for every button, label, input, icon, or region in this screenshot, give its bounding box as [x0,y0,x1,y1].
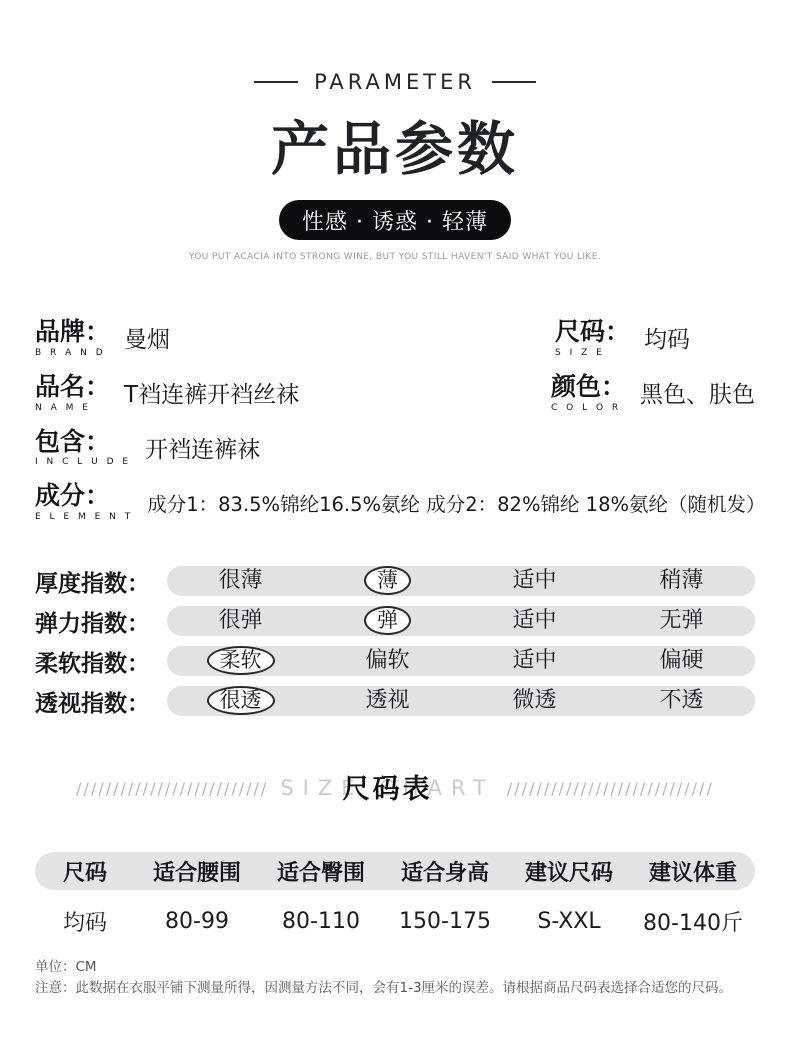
index-option: 适中 [461,566,608,596]
index-option: 无弹 [608,606,755,636]
element-sublabel: E L E M E N T [35,512,133,522]
header-eyebrow: PARAMETER [0,0,790,94]
field-include: 包含： I N C L U D E 开裆连裤袜 [35,428,260,468]
index-option: 微透 [461,686,608,716]
option-label: 偏硬 [659,646,703,676]
size-label: 尺码： [555,318,630,347]
td-size: 均码 [35,906,135,937]
td-hip: 80-110 [259,909,383,934]
transparency-index-label: 透视指数： [35,685,167,718]
field-brand: 品牌： B R A N D 曼烟 [35,318,555,358]
option-label: 适中 [512,566,556,596]
size-table-data-row: 均码 80-99 80-110 150-175 S-XXL 80-140斤 [35,906,755,937]
name-value: T裆连裤开裆丝袜 [124,373,299,409]
field-label-wrap: 颜色： C O L O R [551,373,626,413]
unit-note: 单位：CM [35,957,755,978]
element-value: 成分1：83.5%锦纶16.5%氨纶 成分2：82%锦纶 18%氨纶（随机发） [147,482,765,517]
option-label: 适中 [512,646,556,676]
option-label: 不透 [659,686,703,716]
index-option: 稍薄 [608,566,755,596]
th-height: 适合身高 [383,856,507,887]
field-label-wrap: 品名： N A M E [35,373,110,413]
field-name: 品名： N A M E T裆连裤开裆丝袜 [35,373,551,413]
divider-right-slashes: //////////////////////////// [507,779,714,798]
size-chart-divider: ////////////////////////// SIZE CHART 尺码… [0,770,790,806]
field-label-wrap: 品牌： B R A N D [35,318,110,358]
product-info-section: 品牌： B R A N D 曼烟 尺码： S I Z E 均码 品名： N A … [0,318,790,522]
brand-label: 品牌： [35,318,110,347]
transparency-index-row: 透视指数： 很透 透视 微透 不透 [35,686,755,716]
name-sublabel: N A M E [35,403,110,413]
size-table-header-row: 尺码 适合腰围 适合臀围 适合身高 建议尺码 建议体重 [35,852,755,890]
td-height: 150-175 [383,909,507,934]
field-label-wrap: 包含： I N C L U D E [35,428,131,468]
color-label: 颜色： [551,373,626,402]
field-size: 尺码： S I Z E 均码 [555,318,755,358]
brand-sublabel: B R A N D [35,348,110,358]
name-label: 品名： [35,373,110,402]
index-option: 偏硬 [608,646,755,676]
option-label: 很透 [207,686,275,715]
info-row: 成分： E L E M E N T 成分1：83.5%锦纶16.5%氨纶 成分2… [35,482,755,522]
info-row: 品牌： B R A N D 曼烟 尺码： S I Z E 均码 [35,318,755,358]
th-size: 尺码 [35,856,135,887]
option-label: 适中 [512,606,556,636]
measure-note: 注意：此数据在衣服平铺下测量所得，因测量方法不同，会有1-3厘米的误差。请根据商… [35,978,755,999]
tagline-banner: 性感 · 诱惑 · 轻薄 [279,200,511,240]
index-option: 很弹 [167,606,314,636]
thickness-index-row: 厚度指数： 很薄 薄 适中 稍薄 [35,566,755,596]
color-sublabel: C O L O R [551,403,626,413]
softness-index-row: 柔软指数： 柔软 偏软 适中 偏硬 [35,646,755,676]
eyebrow-left-line [254,81,298,83]
product-parameter-sheet: PARAMETER 产品参数 性感 · 诱惑 · 轻薄 YOU PUT ACAC… [0,0,790,1042]
th-waist: 适合腰围 [135,856,259,887]
softness-index-label: 柔软指数： [35,645,167,678]
size-table: 尺码 适合腰围 适合臀围 适合身高 建议尺码 建议体重 均码 80-99 80-… [35,852,755,937]
td-waist: 80-99 [135,909,259,934]
transparency-index-scale: 很透 透视 微透 不透 [167,686,755,716]
divider-left-slashes: ////////////////////////// [76,779,268,798]
index-option: 不透 [608,686,755,716]
td-suggested-size: S-XXL [507,909,631,934]
english-caption: YOU PUT ACACIA INTO STRONG WINE, BUT YOU… [0,252,790,262]
option-label: 很薄 [218,566,262,596]
eyebrow-right-line [492,81,536,83]
color-value: 黑色、肤色 [640,373,755,409]
size-value: 均码 [644,318,690,354]
option-label: 无弹 [659,606,703,636]
thickness-index-label: 厚度指数： [35,565,167,598]
index-option: 柔软 [167,646,314,676]
thickness-index-scale: 很薄 薄 适中 稍薄 [167,566,755,596]
option-label: 弹 [364,606,411,635]
info-row: 包含： I N C L U D E 开裆连裤袜 [35,428,755,468]
include-sublabel: I N C L U D E [35,457,131,467]
index-option: 透视 [314,686,461,716]
th-suggested-size: 建议尺码 [507,856,631,887]
elastic-index-row: 弹力指数： 很弹 弹 适中 无弹 [35,606,755,636]
element-label: 成分： [35,482,133,511]
divider-center: SIZE CHART 尺码表 [280,770,495,806]
option-label: 柔软 [207,646,275,675]
field-color: 颜色： C O L O R 黑色、肤色 [551,373,755,413]
field-label-wrap: 成分： E L E M E N T [35,482,133,522]
option-label: 稍薄 [659,566,703,596]
index-option: 很透 [167,686,314,716]
index-option: 弹 [314,606,461,636]
elastic-index-scale: 很弹 弹 适中 无弹 [167,606,755,636]
index-option: 适中 [461,606,608,636]
option-label: 透视 [365,686,409,716]
brand-value: 曼烟 [124,318,170,354]
size-sublabel: S I Z E [555,348,630,358]
elastic-index-label: 弹力指数： [35,605,167,638]
index-option: 适中 [461,646,608,676]
size-chart-title: 尺码表 [343,767,433,806]
include-value: 开裆连裤袜 [145,428,260,464]
index-section: 厚度指数： 很薄 薄 适中 稍薄 弹力指数： 很弹 弹 适中 无弹 柔软指数： … [0,566,790,716]
option-label: 很弹 [218,606,262,636]
option-label: 偏软 [365,646,409,676]
index-option: 薄 [314,566,461,596]
th-suggested-weight: 建议体重 [631,856,755,887]
index-option: 很薄 [167,566,314,596]
field-element: 成分： E L E M E N T 成分1：83.5%锦纶16.5%氨纶 成分2… [35,482,755,522]
option-label: 微透 [512,686,556,716]
eyebrow-label: PARAMETER [314,70,476,94]
include-label: 包含： [35,428,131,457]
th-hip: 适合臀围 [259,856,383,887]
softness-index-scale: 柔软 偏软 适中 偏硬 [167,646,755,676]
td-suggested-weight: 80-140斤 [631,906,755,937]
index-option: 偏软 [314,646,461,676]
field-label-wrap: 尺码： S I Z E [555,318,630,358]
page-title: 产品参数 [0,102,790,186]
footer-notes: 单位：CM 注意：此数据在衣服平铺下测量所得，因测量方法不同，会有1-3厘米的误… [35,957,755,999]
option-label: 薄 [364,566,411,595]
info-row: 品名： N A M E T裆连裤开裆丝袜 颜色： C O L O R 黑色、肤色 [35,373,755,413]
